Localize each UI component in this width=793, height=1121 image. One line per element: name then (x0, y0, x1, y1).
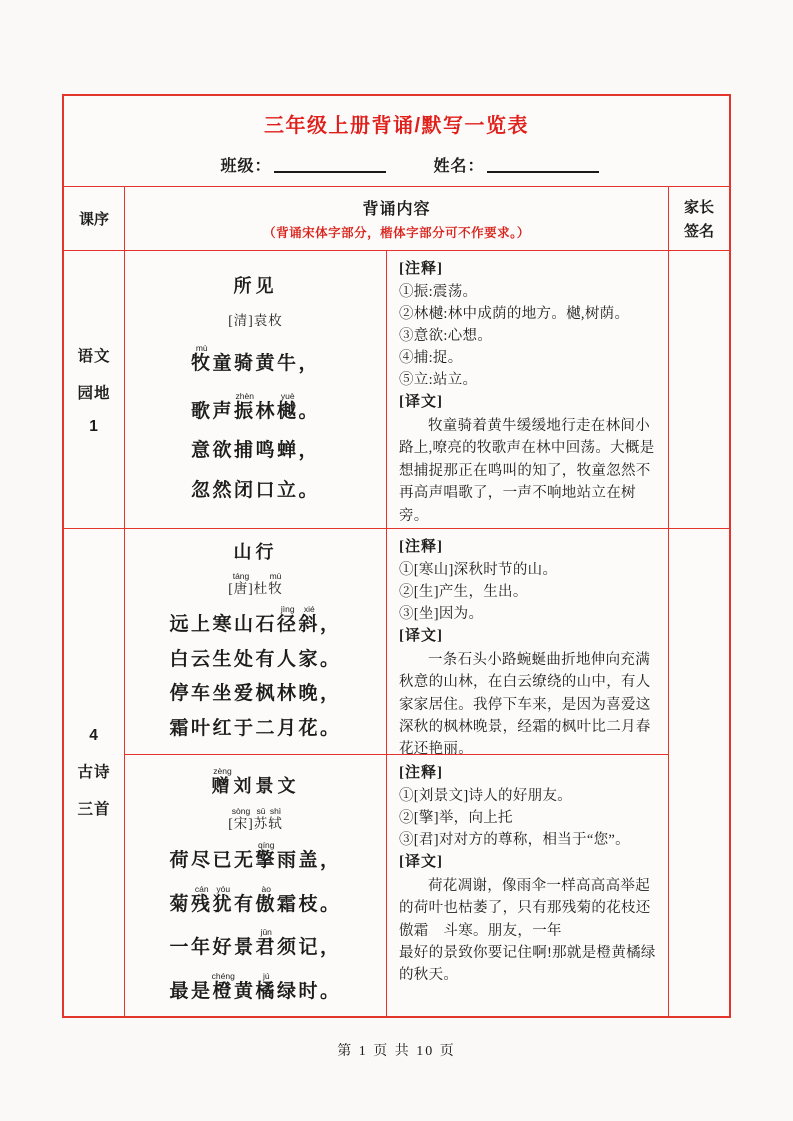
annotation-items: ①[刘景文]诗人的好朋友。②[擎]举，向上托③[君]对对方的尊称，相当于“您”。 (399, 785, 658, 851)
poem-title: 所见 (234, 276, 278, 298)
header-cell-lesson-order: 课序 (64, 186, 124, 250)
poem-lines: 牧mù童骑黄牛，歌声振zhèn林樾yuè。意欲捕鸣蝉，忽然闭口立。 (191, 344, 320, 503)
poem-line: 远上寒山石径jìng斜xié， (169, 605, 341, 637)
label-line: 1 (89, 418, 99, 436)
poem-line: 歌声振zhèn林樾yuè。 (191, 392, 320, 424)
poem-line: 荷尽已无擎qíng雨盖， (169, 841, 341, 873)
note-item: ①[寒山]深秋时节的山。 (399, 559, 658, 581)
section-label-gushi-sanshou: 4古诗三首 (64, 528, 124, 1016)
section-label-yuwen-yuandi-1: 语文园地1 (64, 250, 124, 528)
note-item: ①[刘景文]诗人的好朋友。 (399, 785, 658, 807)
poem-author: [唐táng]杜牧mù (228, 572, 283, 597)
note-item: ③意欲:心想。 (399, 325, 658, 347)
label-line: 三首 (77, 797, 110, 819)
annotation-label: [注释] (399, 258, 658, 281)
parent-signature-cell-2 (668, 528, 729, 1016)
document-title: 三年级上册背诵/默写一览表 (64, 109, 729, 138)
class-field-label: 班级： (220, 158, 271, 175)
header-content-note: （背诵宋体字部分，楷体字部分可不作要求。） (263, 223, 530, 241)
poem-zeng-liujingwen: 赠zèng刘景文 [宋sòng]苏sū轼shì 荷尽已无擎qíng雨盖，菊残cá… (124, 754, 386, 1016)
header-content-title: 背诵内容 (362, 196, 430, 219)
translation-paragraph: 荷花凋谢，像雨伞一样高高高举起的荷叶也枯萎了，只有那残菊的花枝还傲霜 斗寒。朋友… (399, 875, 658, 942)
annotation-items: ①[寒山]深秋时节的山。②[生]产生，生出。③[坐]因为。 (399, 559, 658, 625)
note-item: ④捕:捉。 (399, 347, 658, 369)
translation-paragraphs: 荷花凋谢，像雨伞一样高高高举起的荷叶也枯萎了，只有那残菊的花枝还傲霜 斗寒。朋友… (399, 875, 658, 987)
poem-author: [宋sòng]苏sū轼shì (228, 807, 283, 832)
poem-suojian: 所见 [清]袁枚 牧mù童骑黄牛，歌声振zhèn林樾yuè。意欲捕鸣蝉，忽然闭口… (124, 250, 386, 528)
poem-line: 最是橙chéng黄橘jú绿时。 (169, 972, 341, 1004)
poem-line: 菊残cán犹yóu有傲ào霜枝。 (169, 885, 341, 917)
annotation-label: [注释] (399, 536, 658, 559)
note-item: ②[擎]举，向上托 (399, 807, 658, 829)
class-field-blank (274, 155, 386, 173)
label-line: 古诗 (77, 760, 110, 782)
translation-paragraph: 一条石头小路蜿蜒曲折地伸向充满秋意的山林，在白云缭绕的山中，有人家家居住。我停下… (399, 649, 658, 754)
note-item: ⑤立:站立。 (399, 369, 658, 391)
poem-author: [清]袁枚 (228, 313, 283, 329)
poem-line: 意欲捕鸣蝉， (191, 439, 320, 463)
translation-label: [译文] (399, 851, 658, 874)
poem-line: 忽然闭口立。 (191, 479, 320, 503)
poem-lines: 远上寒山石径jìng斜xié，白云生处有人家。停车坐爱枫林晚，霜叶红于二月花。 (169, 605, 341, 741)
notes-suojian: [注释] ①振:震荡。②林樾:林中成荫的地方。樾,树荫。③意欲:心想。④捕:捉。… (386, 250, 668, 528)
label-line: 园地 (77, 381, 110, 403)
label-line: 语文 (77, 344, 110, 366)
notes-zeng-liujingwen: [注释] ①[刘景文]诗人的好朋友。②[擎]举，向上托③[君]对对方的尊称，相当… (386, 754, 668, 1016)
poem-title: 山行 (234, 542, 278, 564)
translation-paragraph: 牧童骑着黄牛缓缓地行走在林间小路上,嘹亮的牧歌声在林中回荡。大概是想捕捉那正在鸣… (399, 415, 658, 527)
note-item: ②林樾:林中成荫的地方。樾,树荫。 (399, 303, 658, 325)
poem-title: 赠zèng刘景文 (212, 767, 300, 798)
poem-lines: 荷尽已无擎qíng雨盖，菊残cán犹yóu有傲ào霜枝。一年好景君jūn须记，最… (169, 841, 341, 1004)
label-line: 4 (89, 727, 99, 745)
translation-label: [译文] (399, 391, 658, 414)
note-item: ③[坐]因为。 (399, 603, 658, 625)
poem-line: 霜叶红于二月花。 (169, 717, 341, 741)
parent-label-line2: 签名 (684, 220, 714, 241)
table-grid: 课序 背诵内容 （背诵宋体字部分，楷体字部分可不作要求。） 家长 签名 语文园地… (64, 186, 729, 1016)
parent-signature-cell-1 (668, 250, 729, 528)
poem-line: 牧mù童骑黄牛， (191, 344, 320, 376)
poem-line: 白云生处有人家。 (169, 648, 341, 672)
annotation-items: ①振:震荡。②林樾:林中成荫的地方。樾,树荫。③意欲:心想。④捕:捉。⑤立:站立… (399, 281, 658, 391)
poem-line: 一年好景君jūn须记， (169, 928, 341, 960)
note-item: ②[生]产生，生出。 (399, 581, 658, 603)
header-cell-parent-signature: 家长 签名 (668, 186, 729, 250)
name-field-blank (487, 155, 599, 173)
page-footer: 第 1 页 共 10 页 (0, 1040, 793, 1060)
class-name-fields: 班级：姓名： (78, 153, 743, 176)
translation-label: [译文] (399, 625, 658, 648)
translation-paragraphs: 一条石头小路蜿蜒曲折地伸向充满秋意的山林，在白云缭绕的山中，有人家家居住。我停下… (399, 649, 658, 754)
parent-label-line1: 家长 (684, 196, 714, 217)
title-block: 三年级上册背诵/默写一览表 班级：姓名： (64, 96, 729, 186)
recitation-table: 三年级上册背诵/默写一览表 班级：姓名： 课序 背诵内容 （背诵宋体字部分，楷体… (62, 94, 731, 1018)
note-item: ③[君]对对方的尊称，相当于“您”。 (399, 829, 658, 851)
header-cell-content: 背诵内容 （背诵宋体字部分，楷体字部分可不作要求。） (124, 186, 668, 250)
notes-shanxing: [注释] ①[寒山]深秋时节的山。②[生]产生，生出。③[坐]因为。 [译文] … (386, 528, 668, 754)
translation-paragraphs: 牧童骑着黄牛缓缓地行走在林间小路上,嘹亮的牧歌声在林中回荡。大概是想捕捉那正在鸣… (399, 415, 658, 527)
translation-paragraph: 最好的景致你要记住啊!那就是橙黄橘绿的秋天。 (399, 942, 658, 987)
note-item: ①振:震荡。 (399, 281, 658, 303)
annotation-label: [注释] (399, 762, 658, 785)
poem-shanxing: 山行 [唐táng]杜牧mù 远上寒山石径jìng斜xié，白云生处有人家。停车… (124, 528, 386, 754)
poem-line: 停车坐爱枫林晚， (169, 682, 341, 706)
name-field-label: 姓名： (434, 158, 485, 175)
